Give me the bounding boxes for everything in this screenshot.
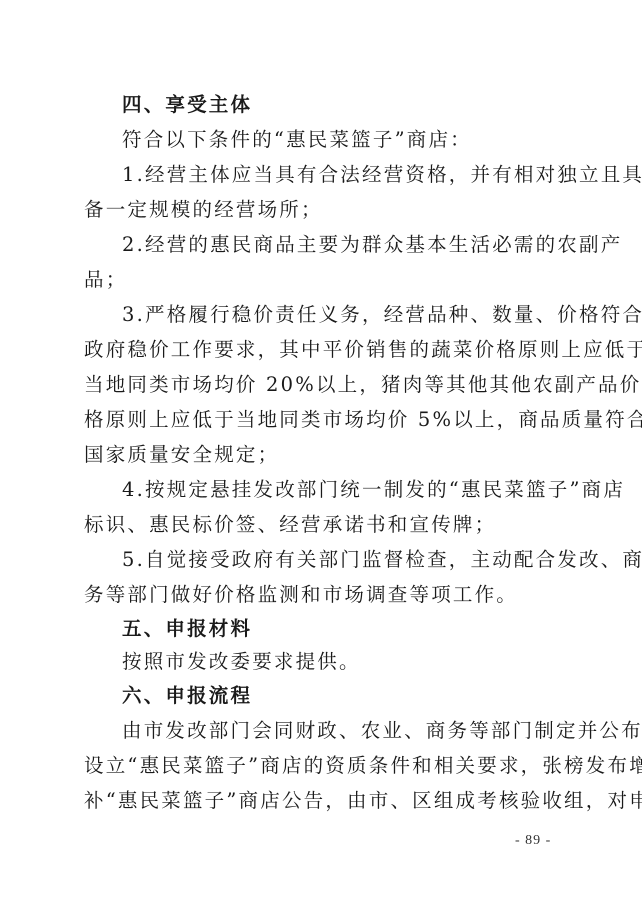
section-4-intro: 符合以下条件的“惠民菜篮子”商店： (122, 128, 562, 152)
item-2-line-1: 2.经营的惠民商品主要为群众基本生活必需的农副产 (122, 233, 562, 257)
section-heading-5: 五、申报材料 (122, 617, 562, 641)
item-1-line-2: 备一定规模的经营场所； (84, 198, 562, 222)
item-3-line-2: 政府稳价工作要求，其中平价销售的蔬菜价格原则上应低于 (84, 338, 562, 362)
item-3-line-5: 国家质量安全规定； (84, 443, 562, 467)
item-3-line-4: 格原则上应低于当地同类市场均价 5%以上，商品质量符合 (84, 408, 562, 432)
item-5-line-2: 务等部门做好价格监测和市场调查等项工作。 (84, 583, 562, 607)
item-4-line-1: 4.按规定悬挂发改部门统一制发的“惠民菜篮子”商店 (122, 478, 562, 502)
item-3-line-1: 3.严格履行稳价责任义务，经营品种、数量、价格符合 (122, 303, 562, 327)
document-page: 四、享受主体 符合以下条件的“惠民菜篮子”商店： 1.经营主体应当具有合法经营资… (0, 0, 642, 907)
page-number: - 89 - (515, 833, 551, 849)
section-heading-6: 六、申报流程 (122, 684, 562, 708)
item-1-line-1: 1.经营主体应当具有合法经营资格，并有相对独立且具 (122, 163, 562, 187)
section-6-line-3: 补“惠民菜篮子”商店公告，由市、区组成考核验收组，对申 (84, 789, 562, 813)
section-heading-4: 四、享受主体 (122, 93, 562, 117)
item-2-line-2: 品； (84, 268, 562, 292)
item-5-line-1: 5.自觉接受政府有关部门监督检查，主动配合发改、商 (122, 548, 562, 572)
item-3-line-3: 当地同类市场均价 20%以上，猪肉等其他其他农副产品价 (84, 373, 562, 397)
section-6-line-1: 由市发改部门会同财政、农业、商务等部门制定并公布 (122, 719, 562, 743)
section-5-body: 按照市发改委要求提供。 (122, 650, 562, 674)
section-6-line-2: 设立“惠民菜篮子”商店的资质条件和相关要求，张榜发布增 (84, 754, 562, 778)
item-4-line-2: 标识、惠民标价签、经营承诺书和宣传牌； (84, 513, 562, 537)
